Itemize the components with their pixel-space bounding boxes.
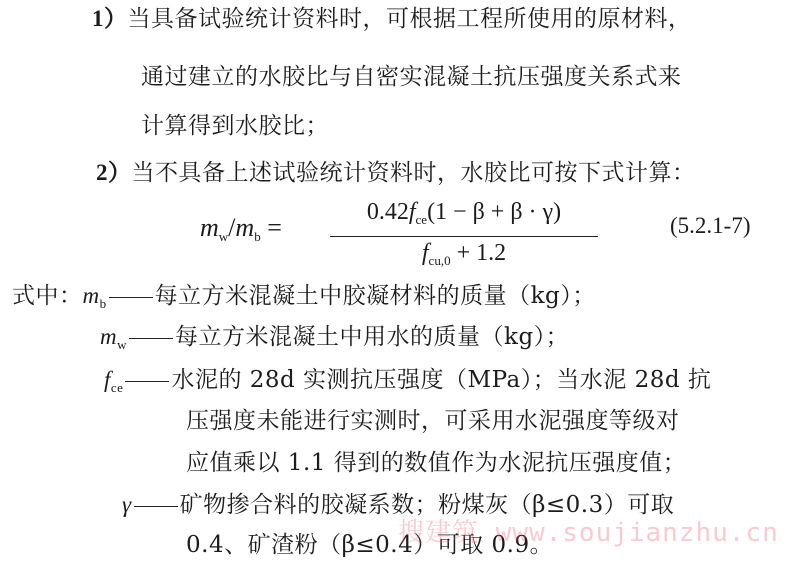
formula-lhs: mw/mb = bbox=[200, 213, 282, 245]
item-text-line: 当不具备上述试验统计资料时，水胶比可按下式计算： bbox=[132, 160, 696, 186]
item-text-line: 计算得到水胶比； bbox=[141, 111, 329, 141]
formula-fraction: 0.42fce(1 − β + β · γ) fcu,0 + 1.2 bbox=[330, 197, 598, 276]
definition-text-line: 应值乘以 1.1 得到的数值作为水泥抗压强度值； bbox=[186, 448, 686, 478]
definition-mb: 式中：mb每立方米混凝土中胶凝材料的质量（kg）； bbox=[12, 281, 596, 319]
formula-denominator: fcu,0 + 1.2 bbox=[330, 238, 598, 276]
item-number: 2） bbox=[96, 160, 132, 185]
em-dash bbox=[134, 506, 178, 507]
symbol: γ bbox=[122, 492, 132, 517]
symbol: m bbox=[83, 283, 100, 308]
em-dash bbox=[125, 381, 169, 382]
list-item-1: 1）当具备试验统计资料时，可根据工程所使用的原材料， bbox=[92, 4, 692, 34]
watermark: 搜建筑 www.soujianzhu.cn bbox=[398, 512, 779, 549]
equation-number: (5.2.1-7) bbox=[670, 213, 750, 239]
symbol: f bbox=[104, 367, 111, 392]
fraction-bar bbox=[330, 236, 598, 237]
em-dash bbox=[129, 338, 173, 339]
em-dash bbox=[109, 297, 153, 298]
definition-text-line: 压强度未能进行实测时，可采用水泥强度等级对 bbox=[186, 406, 680, 436]
list-item-2: 2）当不具备上述试验统计资料时，水胶比可按下式计算： bbox=[96, 158, 696, 188]
item-text-line: 通过建立的水胶比与自密实混凝土抗压强度关系式来 bbox=[141, 62, 682, 92]
definition-fce: fce水泥的 28d 实测抗压强度（MPa）；当水泥 28d 抗 bbox=[104, 365, 711, 403]
symbol: m bbox=[100, 324, 117, 349]
item-text-line: 当具备试验统计资料时，可根据工程所使用的原材料， bbox=[128, 6, 692, 32]
definition-mw: mw每立方米混凝土中用水的质量（kg）； bbox=[100, 322, 569, 360]
where-label: 式中： bbox=[12, 283, 83, 309]
item-number: 1） bbox=[92, 6, 128, 31]
formula-numerator: 0.42fce(1 − β + β · γ) bbox=[330, 197, 598, 235]
